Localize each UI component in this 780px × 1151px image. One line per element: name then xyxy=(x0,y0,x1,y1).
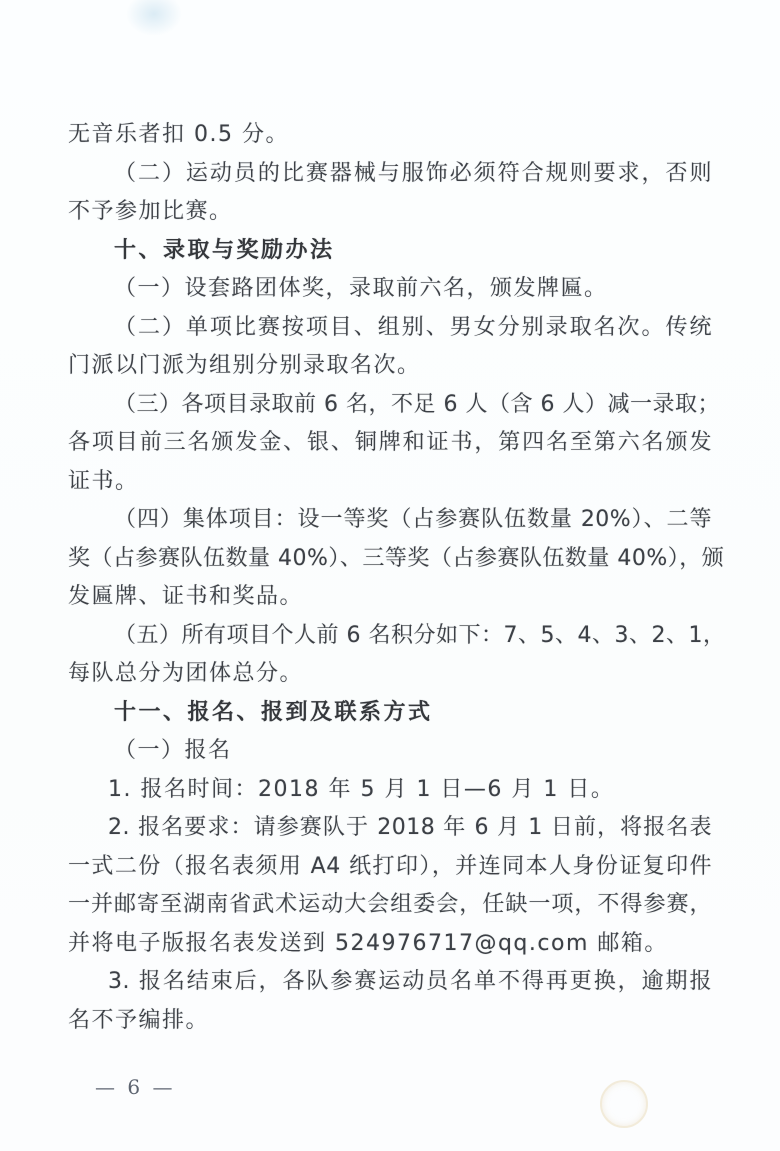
text-line: 并将电子版报名表发送到 524976717@qq.com 邮箱。 xyxy=(68,925,712,964)
page-number: — 6 — xyxy=(95,1075,175,1099)
text-line: （五）所有项目个人前 6 名积分如下：7、5、4、3、2、1， xyxy=(68,617,712,656)
text-line: 一式二份（报名表须用 A4 纸打印），并连同本人身份证复印件 xyxy=(68,848,712,887)
text-line: 门派以门派为组别分别录取名次。 xyxy=(68,347,712,386)
text-line: 每队总分为团体总分。 xyxy=(68,655,712,694)
text-line: 各项目前三名颁发金、银、铜牌和证书，第四名至第六名颁发 xyxy=(68,424,712,463)
text-line: （一）设套路团体奖，录取前六名，颁发牌匾。 xyxy=(68,270,712,309)
text-line: （一）报名 xyxy=(68,732,712,771)
text-line: 无音乐者扣 0.5 分。 xyxy=(68,116,712,155)
section-heading: 十一、报名、报到及联系方式 xyxy=(68,694,712,733)
seal-watermark xyxy=(600,1080,648,1128)
text-line: （三）各项目录取前 6 名，不足 6 人（含 6 人）减一录取； xyxy=(68,386,712,425)
text-line: 发匾牌、证书和奖品。 xyxy=(68,578,712,617)
text-line: （二）单项比赛按项目、组别、男女分别录取名次。传统 xyxy=(68,309,712,348)
section-heading: 十、录取与奖励办法 xyxy=(68,232,712,271)
text-line: 一并邮寄至湖南省武术运动大会组委会，任缺一项，不得参赛， xyxy=(68,886,712,925)
text-line: （四）集体项目：设一等奖（占参赛队伍数量 20%）、二等 xyxy=(68,501,712,540)
text-line: 奖（占参赛队伍数量 40%）、三等奖（占参赛队伍数量 40%），颁 xyxy=(68,540,712,579)
scanned-document-page: 无音乐者扣 0.5 分。 （二）运动员的比赛器械与服饰必须符合规则要求，否则 不… xyxy=(0,0,780,1151)
document-body: 无音乐者扣 0.5 分。 （二）运动员的比赛器械与服饰必须符合规则要求，否则 不… xyxy=(68,116,712,1040)
text-line: 名不予编排。 xyxy=(68,1002,712,1041)
text-line: 3. 报名结束后，各队参赛运动员名单不得再更换，逾期报 xyxy=(68,963,712,1002)
text-line: 证书。 xyxy=(68,463,712,502)
scan-smudge-artifact xyxy=(126,0,182,36)
text-line: 2. 报名要求：请参赛队于 2018 年 6 月 1 日前，将报名表 xyxy=(68,809,712,848)
text-line: 1. 报名时间：2018 年 5 月 1 日—6 月 1 日。 xyxy=(68,771,712,810)
text-line: 不予参加比赛。 xyxy=(68,193,712,232)
text-line: （二）运动员的比赛器械与服饰必须符合规则要求，否则 xyxy=(68,155,712,194)
